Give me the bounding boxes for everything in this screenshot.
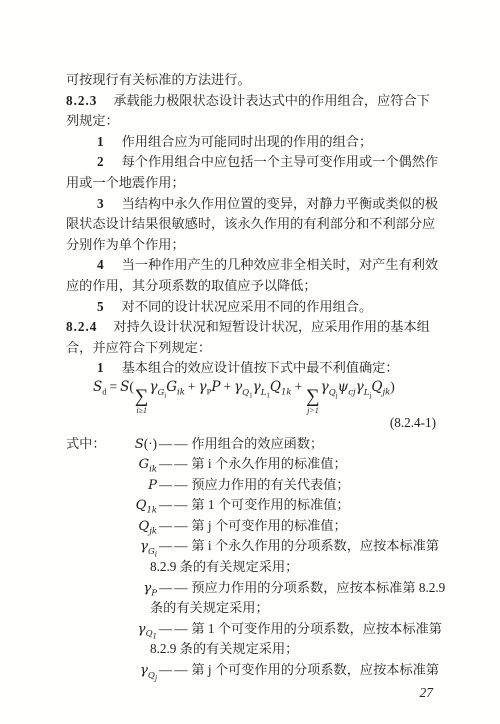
sym-base: S	[135, 437, 144, 452]
term-gamma-L1: γL1	[253, 379, 270, 399]
em-dash: ——	[159, 475, 189, 496]
definition-row-gamma-Gi: γGi —— 第 i 个永久作用的分项系数，应按本标准第	[66, 536, 438, 557]
definition-text: 第 j 个可变作用的分项系数，应按本标准第	[191, 660, 439, 681]
section-824-line2: 合，并应符合下列规定：	[66, 338, 438, 359]
item-text: 对不同的设计状况应采用不同的作用组合。	[122, 299, 373, 314]
item-number: 1	[97, 134, 104, 149]
definition-symbol: γP	[66, 579, 157, 604]
plus-sign: +	[295, 379, 303, 395]
item-text: 限状态设计结果很敏感时，该永久作用的有利部分和不利部分应	[66, 216, 435, 231]
formula-8-2-4-1: Sd = S( ∑i≥1 γGi Gik + γP P + γQ1 γL1 Q1…	[93, 379, 438, 413]
sym-base: γ	[140, 663, 148, 678]
sub-d: d	[102, 387, 106, 397]
item-number: 2	[97, 154, 104, 169]
em-dash: ——	[159, 619, 189, 640]
term-gamma-P: γP	[199, 379, 212, 397]
item-text: 应的作用，其分项系数的取值应予以降低；	[66, 278, 317, 293]
section-number: 8.2.4	[66, 319, 97, 334]
sum-limit: j>1	[307, 407, 319, 415]
item-text: 用或一个地震作用；	[66, 175, 185, 190]
definition-continuation: 条的有关规定采用；	[150, 598, 438, 619]
sym-base: G	[139, 457, 150, 472]
formula-func: S(	[120, 379, 134, 395]
plus-sign: +	[223, 379, 231, 395]
var-gamma: γ	[234, 379, 242, 395]
sym-base: Q	[138, 519, 149, 534]
sym-base: γ	[140, 539, 148, 554]
sub-Q: Q	[329, 388, 336, 398]
definition-text: 预应力作用的分项系数，应按本标准第 8.2.9	[191, 578, 445, 599]
term-Qjk: Qjk	[371, 379, 390, 398]
item-number: 1	[97, 360, 104, 375]
definition-text: 第 j 个可变作用的标准值；	[191, 516, 346, 537]
item-text: 当结构中永久作用位置的变异，对静力平衡或类似的极	[122, 196, 439, 211]
definition-text: 第 1 个可变作用的分项系数，应按本标准第	[191, 619, 442, 640]
item-text: 基本组合的效应设计值按下式中最不利值确定：	[122, 360, 399, 375]
var-G: G	[166, 379, 177, 395]
sym-base: γ	[138, 622, 146, 637]
sub-ik: ik	[177, 388, 185, 398]
definition-row-gamma-Qj: γQj —— 第 j 个可变作用的分项系数，应按本标准第	[66, 660, 438, 681]
var-gamma: γ	[199, 379, 207, 395]
sym-sub: Q	[148, 671, 155, 681]
section-number: 8.2.3	[66, 93, 97, 108]
em-dash: ——	[159, 434, 189, 455]
var-Q: Q	[371, 379, 382, 395]
em-dash: ——	[159, 454, 189, 475]
term-gamma-Q1: γQ1	[234, 379, 253, 399]
plus-sign: +	[188, 379, 196, 395]
em-dash: ——	[159, 536, 189, 557]
list-item-3-cont2: 分别作为单个作用；	[66, 235, 438, 256]
definition-row-Gik: Gik —— 第 i 个永久作用的标准值；	[66, 454, 438, 475]
sigma-symbol: ∑	[135, 387, 149, 406]
list-item-824-1: 1基本组合的效应设计值按下式中最不利值确定：	[66, 358, 438, 379]
sub-1k: 1k	[281, 388, 292, 398]
section-text: 对持久设计状况和短暂设计状况，应采用作用的基本组	[113, 319, 430, 334]
formula-lhs: Sd	[93, 379, 107, 397]
sym-base: Q	[136, 498, 147, 513]
sym-sub: G	[148, 547, 155, 557]
definition-row-gamma-Q1: γQ1 —— 第 1 个可变作用的分项系数，应按本标准第	[66, 619, 438, 640]
list-item-3-cont: 限状态设计结果很敏感时，该永久作用的有利部分和不利部分应	[66, 214, 438, 235]
equals-sign: =	[110, 379, 118, 395]
term-gamma-Lj: γLj	[356, 379, 372, 399]
item-text: 分别作为单个作用；	[66, 237, 185, 252]
definition-symbol: γQj	[66, 661, 157, 689]
em-dash: ——	[159, 516, 189, 537]
definition-row-Q1k: Q1k —— 第 1 个可变作用的标准值；	[66, 495, 438, 516]
em-dash: ——	[159, 578, 189, 599]
item-text: 当一种作用产生的几种效应非全相关时，对产生有利效	[122, 257, 439, 272]
left-paren: (	[129, 379, 134, 394]
var-S: S	[93, 379, 102, 395]
item-number: 5	[97, 299, 104, 314]
section-text: 列规定：	[66, 113, 119, 128]
definition-text: 预应力作用的有关代表值；	[191, 475, 349, 496]
list-item-5: 5对不同的设计状况应采用不同的作用组合。	[66, 297, 438, 318]
definition-symbol: 式中：S(·)	[66, 434, 157, 456]
term-Gik: Gik	[166, 379, 185, 398]
section-823-line2: 列规定：	[66, 111, 438, 132]
sigma-symbol: ∑	[306, 387, 320, 406]
list-item-4-cont: 应的作用，其分项系数的取值应予以降低；	[66, 276, 438, 297]
sym-subsub: j	[155, 674, 157, 682]
sym-sub: P	[151, 588, 157, 598]
definition-symbol: P	[66, 476, 157, 497]
definition-continuation: 8.2.9 条的有关规定采用；	[150, 557, 438, 578]
section-823-heading: 8.2.3承载能力极限状态设计表达式中的作用组合，应符合下	[66, 91, 438, 112]
summation-2: ∑j>1	[306, 387, 320, 415]
list-item-1: 1作用组合应为可能同时出现的作用的组合；	[66, 132, 438, 153]
definition-symbol: γQ1	[66, 620, 157, 648]
section-text: 合，并应符合下列规定：	[66, 340, 211, 355]
item-number: 3	[97, 196, 104, 211]
right-paren: )	[390, 379, 395, 395]
definition-symbol: γGi	[66, 537, 157, 565]
item-text: 作用组合应为可能同时出现的作用的组合；	[122, 134, 373, 149]
definition-text: 第 i 个永久作用的分项系数，应按本标准第	[191, 536, 439, 557]
sym-sub: Q	[146, 629, 153, 639]
sub-jk: jk	[382, 388, 390, 398]
section-text: 承载能力极限状态设计表达式中的作用组合，应符合下	[113, 93, 430, 108]
term-psi-cj: ψcj	[338, 379, 356, 398]
text-block: 可按现行有关标准的方法进行。 8.2.3承载能力极限状态设计表达式中的作用组合，…	[66, 70, 438, 702]
sub-cj: cj	[348, 388, 355, 398]
definition-row-Qjk: Qjk —— 第 j 个可变作用的标准值；	[66, 516, 438, 537]
definition-text: 第 i 个永久作用的标准值；	[191, 454, 346, 475]
where-label: 式中：	[66, 434, 106, 456]
symbol-S: S(·)	[135, 434, 157, 456]
definition-row-gamma-P: γP —— 预应力作用的分项系数，应按本标准第 8.2.9	[66, 578, 438, 599]
em-dash: ——	[159, 495, 189, 516]
summation-1: ∑i≥1	[135, 387, 149, 415]
em-dash: ——	[159, 660, 189, 681]
definition-row-P: P —— 预应力作用的有关代表值；	[66, 475, 438, 496]
var-gamma: γ	[253, 379, 261, 395]
var-gamma: γ	[321, 379, 329, 395]
term-gamma-Qj: γQj	[321, 379, 338, 399]
definition-text: 作用组合的效应函数；	[191, 434, 323, 455]
term-Q1k: Q1k	[270, 379, 292, 398]
var-P: P	[211, 379, 220, 395]
list-item-4: 4当一种作用产生的几种效应非全相关时，对产生有利效	[66, 255, 438, 276]
sum-limit: i≥1	[136, 407, 147, 415]
var-psi: ψ	[338, 379, 349, 395]
document-page: 可按现行有关标准的方法进行。 8.2.3承载能力极限状态设计表达式中的作用组合，…	[0, 0, 500, 724]
list-item-2-cont: 用或一个地震作用；	[66, 173, 438, 194]
sym-tail: (·)	[144, 436, 157, 451]
definition-text: 第 1 个可变作用的标准值；	[191, 495, 349, 516]
intro-text: 可按现行有关标准的方法进行。	[66, 72, 251, 87]
sym-sub: ik	[149, 465, 157, 475]
item-number: 4	[97, 257, 104, 272]
definition-row-S: 式中：S(·) —— 作用组合的效应函数；	[66, 434, 438, 455]
sym-base: P	[148, 478, 157, 493]
body-line-intro: 可按现行有关标准的方法进行。	[66, 70, 438, 91]
definition-continuation: 8.2.9 条的有关规定采用；	[150, 639, 438, 660]
var-S: S	[120, 379, 129, 395]
sym-sub: 1k	[146, 506, 157, 516]
var-gamma: γ	[356, 379, 364, 395]
section-824-heading: 8.2.4对持久设计状况和短暂设计状况，应采用作用的基本组	[66, 317, 438, 338]
list-item-3: 3当结构中永久作用位置的变异，对静力平衡或类似的极	[66, 194, 438, 215]
var-Q: Q	[270, 379, 281, 395]
term-gamma-Gi: γGi	[149, 379, 166, 399]
sym-sub: jk	[149, 527, 157, 537]
var-gamma: γ	[149, 379, 157, 395]
list-item-2: 2每个作用组合中应包括一个主导可变作用或一个偶然作	[66, 152, 438, 173]
equation-number: (8.2.4-1)	[66, 413, 438, 434]
item-text: 每个作用组合中应包括一个主导可变作用或一个偶然作	[122, 154, 439, 169]
